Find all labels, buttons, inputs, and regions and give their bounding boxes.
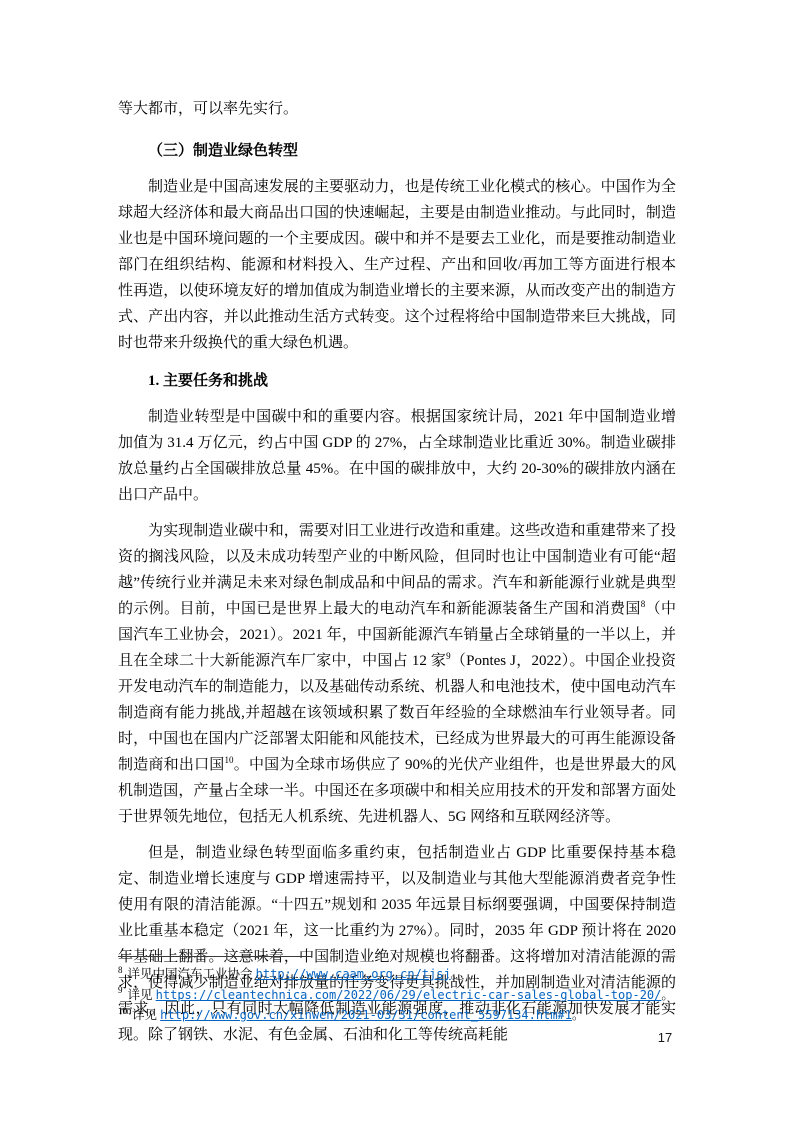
footnote-8: 8详见中国汽车工业协会 http://www.caam.org.cn/tjsj。: [118, 964, 678, 985]
footnote-ref-10: 10: [225, 755, 234, 765]
footnote-separator-rule: [118, 956, 311, 957]
page-number: 17: [652, 1030, 678, 1045]
footnote-text-9: 详见: [128, 988, 156, 1002]
footnote-link-cleantechnica[interactable]: https://cleantechnica.com/2022/06/29/ele…: [156, 988, 662, 1002]
footnote-marker-10: 10: [118, 1006, 127, 1016]
document-body: 等大都市，可以率先实行。 （三）制造业绿色转型 制造业是中国高速发展的主要驱动力…: [118, 96, 676, 1048]
footnote-ref-8: 8: [641, 599, 646, 609]
footnote-period-8: 。: [451, 967, 464, 981]
paragraph-continuation: 等大都市，可以率先实行。: [118, 96, 676, 122]
paragraph-ev-renewables: 为实现制造业碳中和，需要对旧工业进行改造和重建。这些改造和重建带来了投资的搁浅风…: [118, 518, 676, 830]
footnote-link-caam[interactable]: http://www.caam.org.cn/tjsj: [256, 967, 451, 981]
footnote-link-gov[interactable]: http://www.gov.cn/xinwen/2021-03/31/cont…: [160, 1008, 572, 1022]
section-heading: （三）制造业绿色转型: [118, 138, 676, 164]
footnote-text-8: 详见中国汽车工业协会: [128, 967, 256, 981]
footnotes-section: 8详见中国汽车工业协会 http://www.caam.org.cn/tjsj。…: [118, 956, 678, 1026]
footnote-period-10: 。: [572, 1008, 585, 1022]
footnote-marker-9: 9: [118, 985, 123, 995]
footnote-9: 9详见 https://cleantechnica.com/2022/06/29…: [118, 985, 678, 1006]
footnote-period-9: 。: [661, 988, 674, 1002]
footnote-text-10: 详见: [132, 1008, 160, 1022]
subsection-heading: 1. 主要任务和挑战: [118, 368, 676, 394]
footnote-marker-8: 8: [118, 965, 123, 975]
paragraph-tasks-statistics: 制造业转型是中国碳中和的重要内容。根据国家统计局，2021 年中国制造业增加值为…: [118, 404, 676, 508]
document-page: 等大都市，可以率先实行。 （三）制造业绿色转型 制造业是中国高速发展的主要驱动力…: [0, 0, 793, 1122]
footnote-10: 10详见 http://www.gov.cn/xinwen/2021-03/31…: [118, 1005, 678, 1026]
paragraph-manufacturing-overview: 制造业是中国高速发展的主要驱动力，也是传统工业化模式的核心。中国作为全球超大经济…: [118, 174, 676, 356]
footnote-ref-9: 9: [446, 651, 451, 661]
